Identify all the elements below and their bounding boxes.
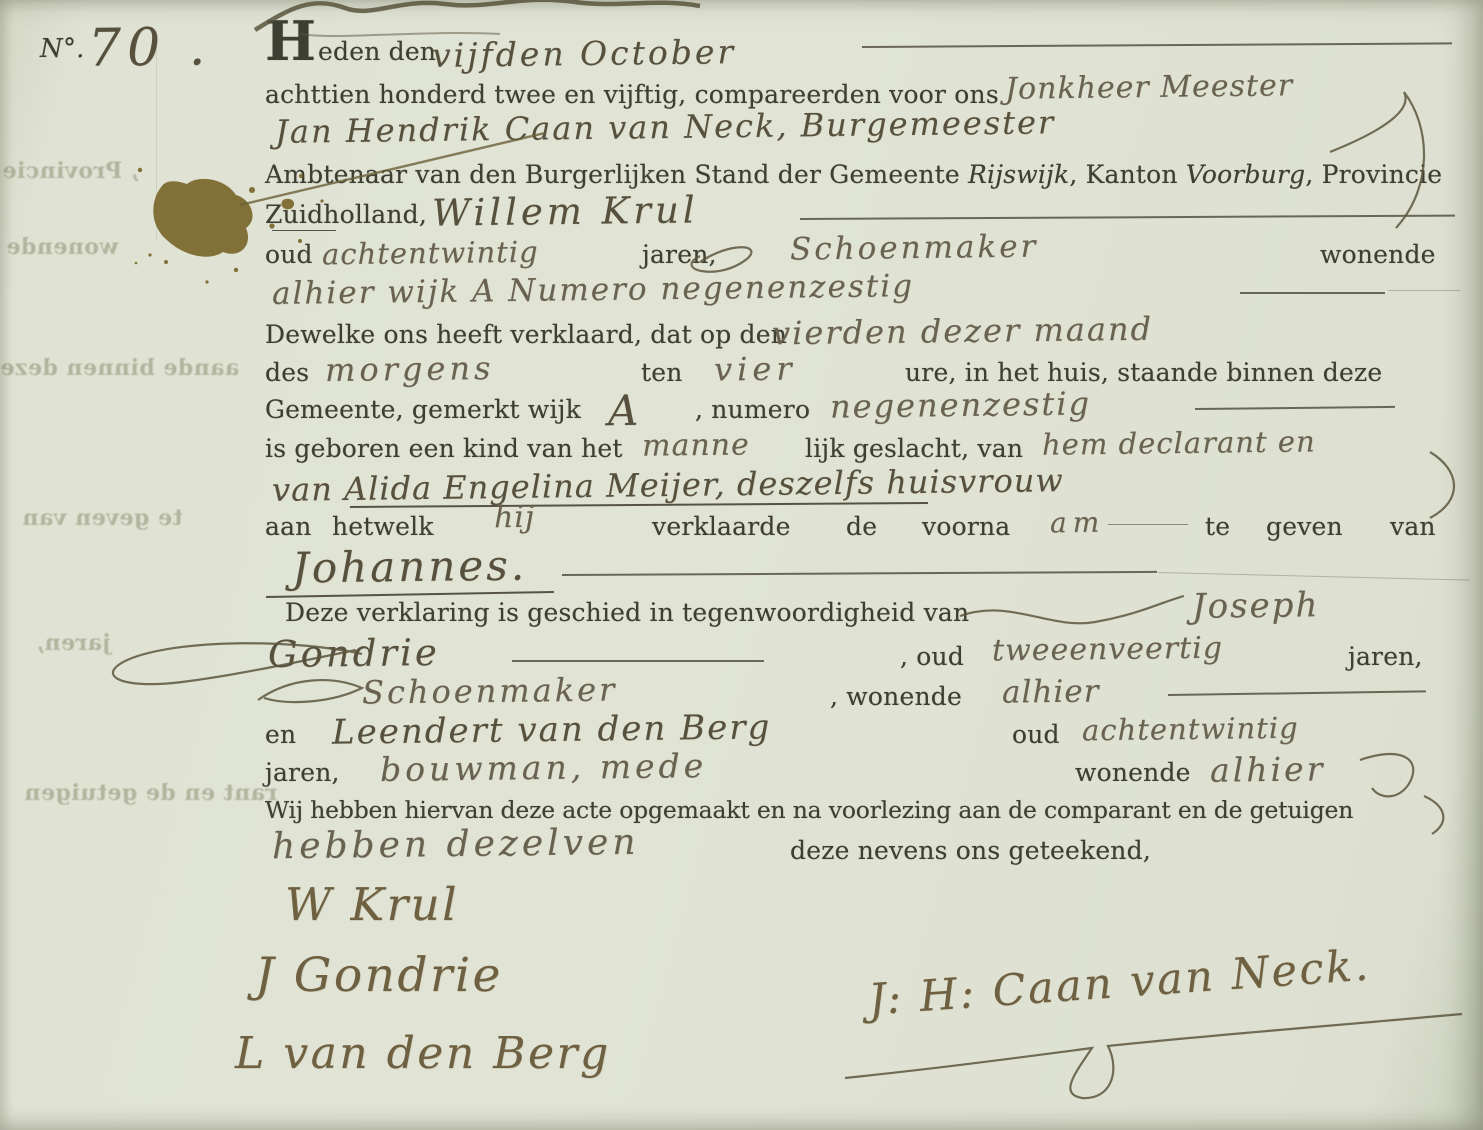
- act-number-value: 70 .: [88, 17, 212, 79]
- bleedthrough-binnen: aande binnen deze: [0, 355, 239, 381]
- entry-squiggle-rule: [1108, 524, 1188, 525]
- bleedthrough-wonende: wonende: [6, 234, 118, 260]
- form-ure: ure, in het huis, staande binnen deze: [905, 358, 1382, 387]
- form-verklaring: Deze verklaring is geschied in tegenwoor…: [285, 598, 969, 627]
- form-kanton-name: Voorburg: [1186, 160, 1305, 189]
- form-closing-1: Wij hebben hiervan deze acte opgemaakt e…: [265, 796, 1353, 824]
- entry-rule: [1195, 406, 1395, 410]
- entry-declarant-name: Willem Krul: [432, 188, 699, 234]
- form-des: des: [265, 358, 309, 387]
- pen-flourish-witness1-occupation: [258, 680, 362, 702]
- form-registrar-1: Ambtenaar van den Burgerlijken Stand der…: [265, 160, 960, 189]
- entry-official-name: Jan Hendrik Caan van Neck, Burgemeester: [275, 103, 1056, 151]
- entry-rule: [512, 660, 764, 662]
- form-ten: ten: [641, 358, 683, 387]
- entry-rule: [1168, 690, 1426, 696]
- pen-flourish-mother: [1430, 452, 1454, 518]
- form-aan: aan: [265, 512, 312, 541]
- form-oud-3: oud: [1012, 720, 1060, 749]
- act-number-label: N°.: [40, 34, 85, 64]
- entry-rule: [862, 42, 1452, 48]
- entry-rule-faint: [1158, 572, 1470, 581]
- form-oud: oud: [265, 240, 313, 269]
- form-registrar-2: , Kanton: [1069, 160, 1177, 189]
- entry-witness2-residence: alhier: [1210, 749, 1326, 789]
- signature-witness2: L van den Berg: [235, 1028, 611, 1079]
- pen-flourish-residence: [1360, 754, 1413, 796]
- entry-hij: hij: [494, 500, 536, 536]
- form-heden-den: Heden den: [265, 24, 436, 69]
- entry-day-part: morgens: [325, 349, 495, 389]
- form-gemeente-name: Rijswijk: [968, 160, 1069, 189]
- bleedthrough-getuigen: rant en de getuigen: [24, 780, 277, 806]
- entry-official-title: Jonkheer Meester: [1005, 68, 1293, 107]
- entry-witness1-residence: alhier: [1002, 673, 1100, 710]
- entry-wijk: A: [608, 386, 640, 435]
- form-numero: , numero: [695, 395, 810, 424]
- form-dewelke: Dewelke ons heeft verklaard, dat op den: [265, 320, 787, 349]
- entry-closing-hand: hebben dezelven: [272, 822, 640, 867]
- entry-witness1-age: tweeenveertig: [992, 631, 1223, 669]
- form-jaren-1: jaren,: [642, 240, 717, 269]
- form-hetwelk: hetwelk: [332, 512, 434, 541]
- entry-date: vijfden October: [432, 32, 737, 75]
- form-province: Zuidholland,: [265, 200, 427, 229]
- entry-witness2-age: achtentwintig: [1082, 711, 1299, 748]
- signature-witness1: J Gondrie: [255, 948, 503, 1003]
- entry-rule-faint: [1388, 290, 1460, 291]
- entry-rule: [562, 571, 1157, 576]
- entry-am: am: [1050, 506, 1106, 540]
- signature-declarant: W Krul: [285, 878, 459, 931]
- pen-flourish-closing: [1424, 796, 1443, 834]
- entry-witness1-first: Joseph: [1192, 585, 1320, 627]
- birth-certificate-scan: , Provincie wonende aande binnen deze te…: [0, 0, 1483, 1130]
- pen-flourish-official-underline: [845, 1014, 1462, 1098]
- form-closing-2: deze nevens ons geteekend,: [790, 836, 1151, 865]
- form-geboren: is geboren een kind van het: [265, 434, 623, 463]
- entry-rule: [1240, 292, 1385, 294]
- form-en: en: [265, 720, 296, 749]
- signature-official: J: H: Caan van Neck.: [867, 941, 1372, 1026]
- form-voorna: voorna: [922, 512, 1010, 541]
- entry-birth-date: vierden dezer maand: [772, 310, 1153, 353]
- form-wonende-2: , wonende: [830, 682, 962, 711]
- form-registrar-line: Ambtenaar van den Burgerlijken Stand der…: [265, 160, 1442, 189]
- form-de: de: [846, 512, 877, 541]
- form-jaren-2: jaren,: [1348, 642, 1423, 671]
- entry-gender: manne: [642, 427, 750, 463]
- form-wonende-1: wonende: [1320, 240, 1436, 269]
- entry-birth-hour: vier: [714, 349, 797, 388]
- entry-mother: van Alida Engelina Meijer, deszelfs huis…: [272, 461, 1064, 509]
- form-geslacht: lijk geslacht, van: [805, 434, 1023, 463]
- form-te: te: [1205, 512, 1230, 541]
- form-van: van: [1390, 512, 1436, 541]
- entry-father: hem declarant en: [1042, 424, 1316, 461]
- entry-child-name: Johannes.: [292, 541, 528, 593]
- form-verklaarde: verklaarde: [652, 512, 791, 541]
- province-underline: [272, 230, 336, 231]
- form-oud-2: , oud: [900, 642, 964, 671]
- form-registrar-3: , Provincie: [1305, 160, 1442, 189]
- form-jaren-3: jaren,: [265, 758, 340, 787]
- entry-declarant-age: achtentwintig: [322, 235, 539, 272]
- form-wonende-3: wonende: [1075, 758, 1191, 787]
- entry-declarant-occupation: Schoenmaker: [790, 228, 1039, 267]
- entry-witness2-occupation: bouwman, mede: [380, 746, 708, 789]
- form-geven: geven: [1266, 512, 1343, 541]
- entry-house-number: negenenzestig: [830, 384, 1091, 425]
- entry-declarant-address: alhier wijk A Numero negenenzestig: [272, 268, 914, 312]
- entry-witness1-last: Gondrie: [268, 631, 440, 676]
- bleedthrough-geven: te geven van: [22, 505, 183, 531]
- form-gemerkt: Gemeente, gemerkt wijk: [265, 395, 581, 424]
- bleedthrough-jaren: jaren,: [36, 630, 110, 656]
- bleedthrough-provincie: , Provincie: [2, 158, 139, 184]
- entry-witness1-occupation: Schoenmaker: [362, 670, 618, 711]
- entry-rule: [800, 215, 1455, 220]
- pen-flourish-witness1: [960, 596, 1184, 623]
